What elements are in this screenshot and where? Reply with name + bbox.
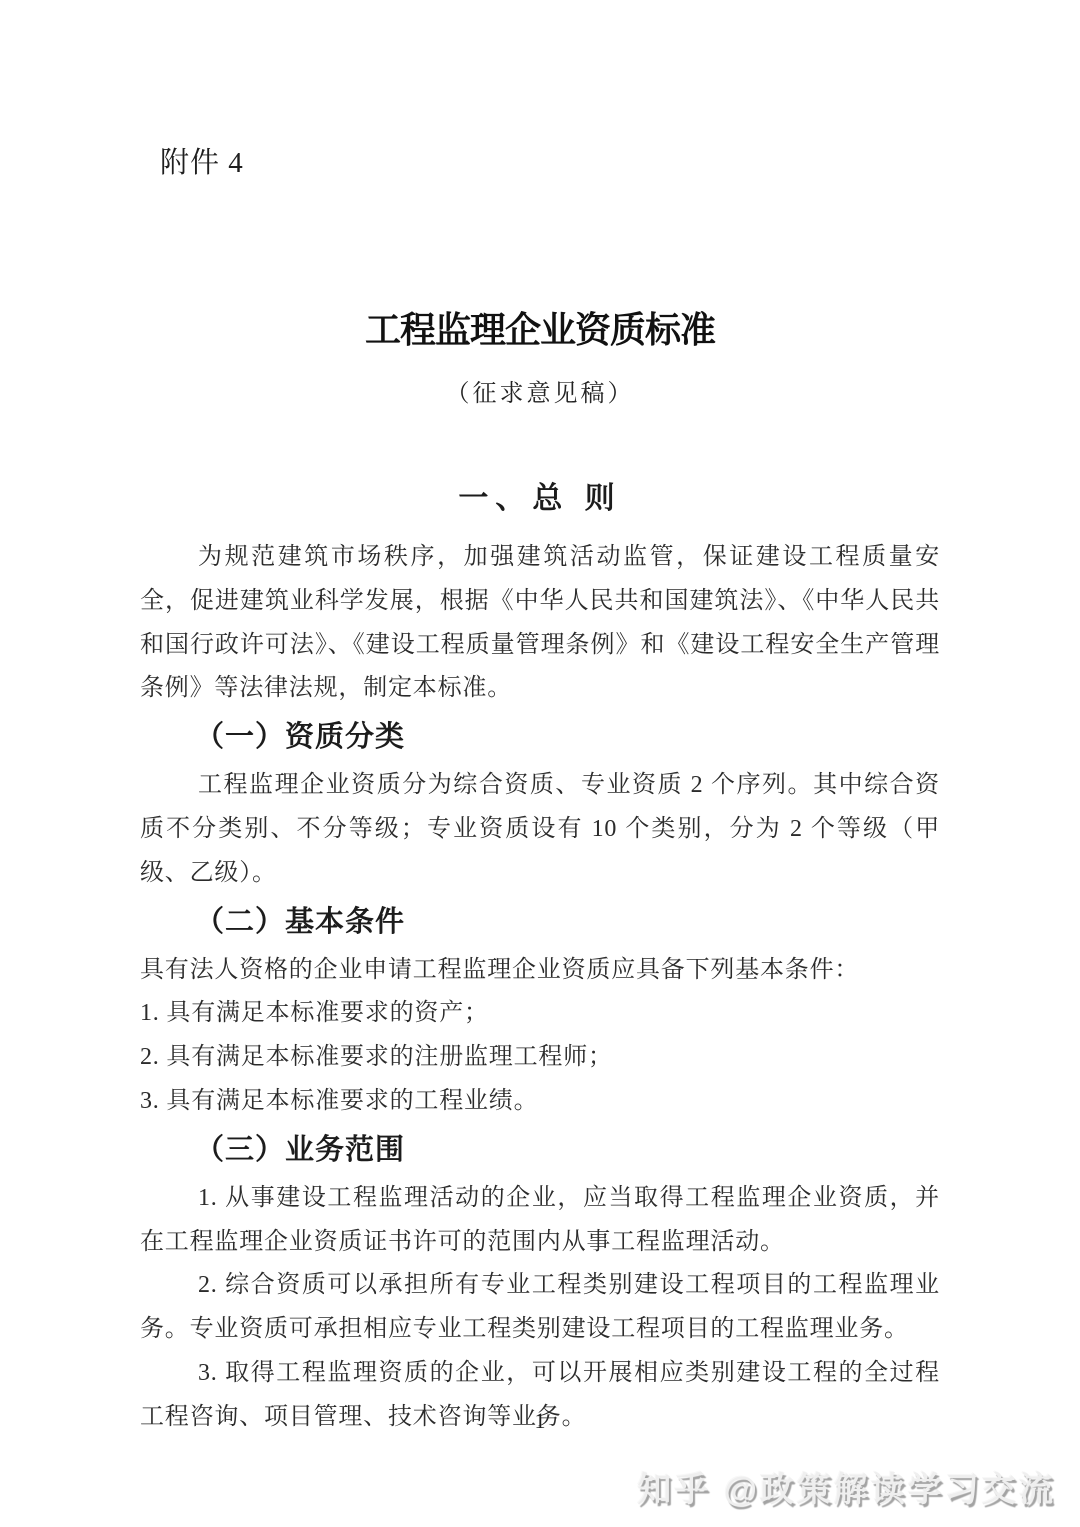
- zhihu-watermark: 知乎 @政策解读学习交流: [637, 1462, 1056, 1511]
- paragraph-business-scope-1: 1. 从事建设工程监理活动的企业，应当取得工程监理企业资质，并在工程监理企业资质…: [140, 1177, 940, 1265]
- subheading-qualification-classification: （一）资质分类: [140, 716, 940, 758]
- subheading-basic-conditions: （二）基本条件: [140, 901, 940, 943]
- list-item-registered-engineers: 2. 具有满足本标准要求的注册监理工程师；: [140, 1036, 940, 1080]
- document-body: 一、总 则 为规范建筑市场秩序，加强建筑活动监管，保证建设工程质量安全，促进建筑…: [140, 478, 940, 1440]
- chapter-heading-general-provisions: 一、总 则: [140, 478, 940, 520]
- document-title: 工程监理企业资质标准: [0, 302, 1080, 353]
- intro-paragraph: 为规范建筑市场秩序，加强建筑活动监管，保证建设工程质量安全，促进建筑业科学发展，…: [140, 536, 940, 711]
- list-item-project-performance: 3. 具有满足本标准要求的工程业绩。: [140, 1080, 940, 1124]
- paragraph-basic-conditions-intro: 具有法人资格的企业申请工程监理企业资质应具备下列基本条件：: [140, 949, 940, 993]
- document-page: 附件 4 工程监理企业资质标准 （征求意见稿） 一、总 则 为规范建筑市场秩序，…: [0, 0, 1080, 1527]
- list-item-assets: 1. 具有满足本标准要求的资产；: [140, 992, 940, 1036]
- page-number: 1: [0, 1408, 1080, 1434]
- paragraph-business-scope-2: 2. 综合资质可以承担所有专业工程类别建设工程项目的工程监理业务。专业资质可承担…: [140, 1264, 940, 1352]
- document-subtitle: （征求意见稿）: [0, 373, 1080, 408]
- subheading-business-scope: （三）业务范围: [140, 1129, 940, 1171]
- attachment-label: 附件 4: [160, 140, 244, 181]
- paragraph-qualification-classification: 工程监理企业资质分为综合资质、专业资质 2 个序列。其中综合资质不分类别、不分等…: [140, 764, 940, 895]
